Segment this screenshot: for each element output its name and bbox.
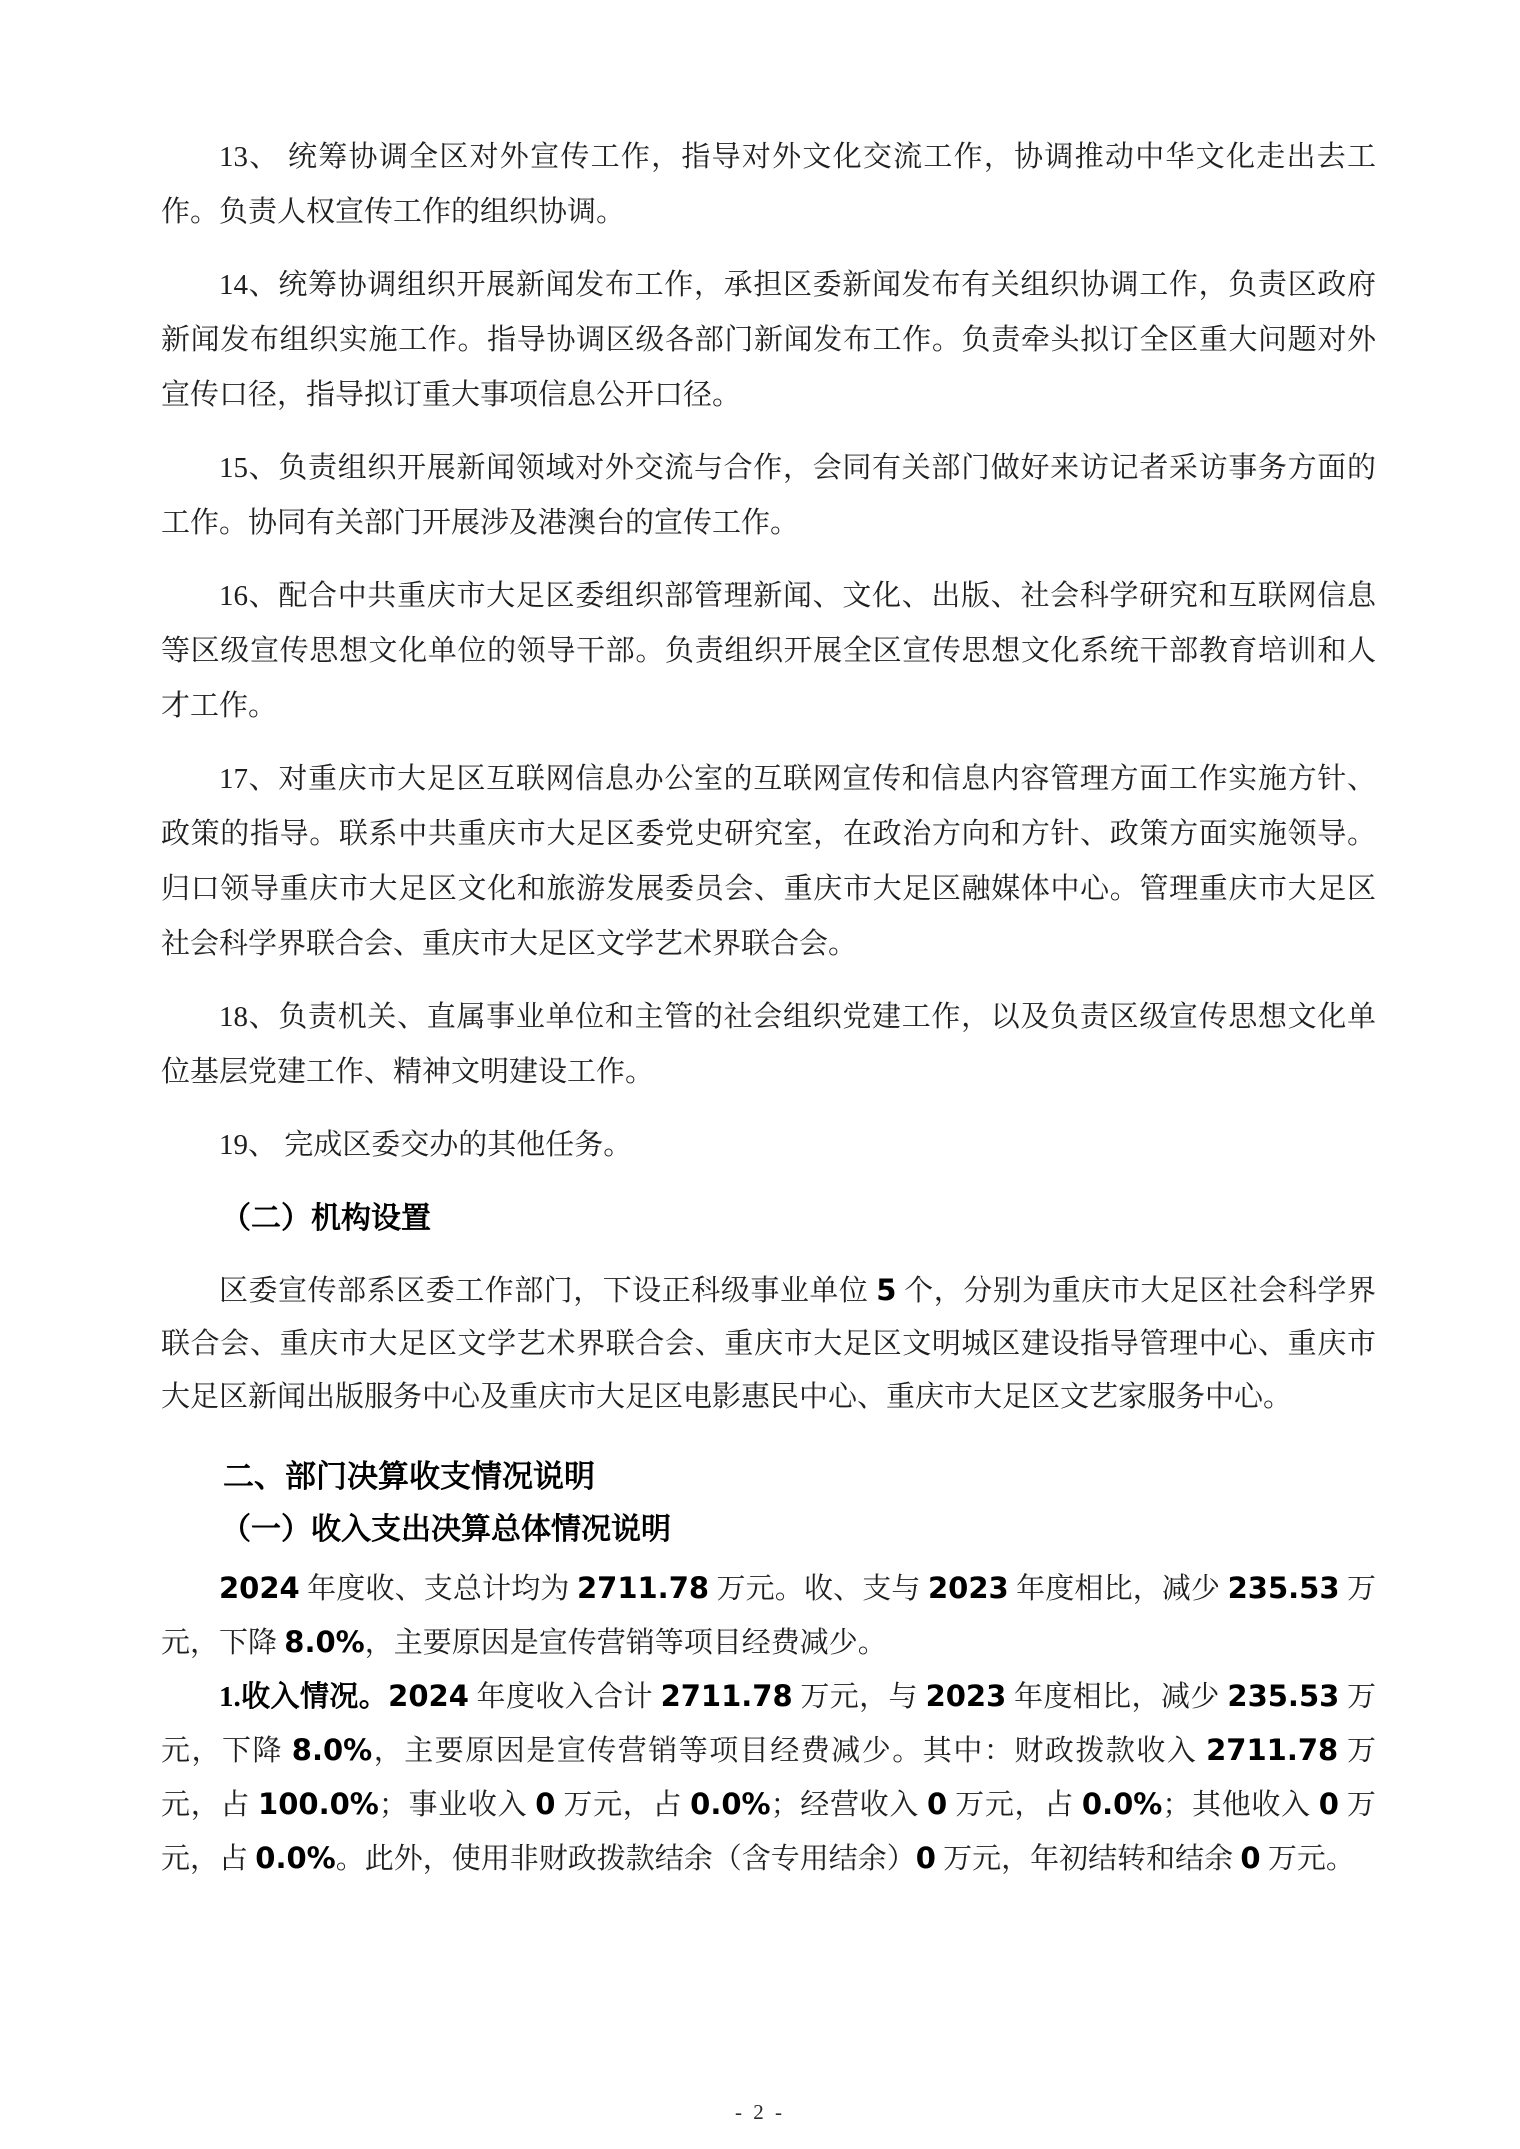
income-detail-paragraph: 1.收入情况。2024 年度收入合计 2711.78 万元，与 2023 年度相… xyxy=(161,1670,1376,1886)
section-2-heading: 二、部门决算收支情况说明 xyxy=(161,1450,1376,1503)
section-2-1-heading: （一）收入支出决算总体情况说明 xyxy=(161,1503,1376,1556)
document-page: { "page": { "footer_page_number": "- 2 -… xyxy=(0,0,1520,2149)
duty-paragraph-13: 13、 统筹协调全区对外宣传工作，指导对外文化交流工作，协调推动中华文化走出去工… xyxy=(161,130,1376,240)
budget-summary-paragraph: 2024 年度收、支总计均为 2711.78 万元。收、支与 2023 年度相比… xyxy=(161,1562,1376,1670)
duty-paragraph-18: 18、负责机关、直属事业单位和主管的社会组织党建工作，以及负责区级宣传思想文化单… xyxy=(161,990,1376,1100)
duty-paragraph-19: 19、 完成区委交办的其他任务。 xyxy=(161,1118,1376,1173)
duty-paragraph-17: 17、对重庆市大足区互联网信息办公室的互联网宣传和信息内容管理方面工作实施方针、… xyxy=(161,752,1376,972)
org-setup-paragraph: 区委宣传部系区委工作部门，下设正科级事业单位 5 个，分别为重庆市大足区社会科学… xyxy=(161,1264,1376,1424)
duty-paragraph-15: 15、负责组织开展新闻领域对外交流与合作，会同有关部门做好来访记者采访事务方面的… xyxy=(161,441,1376,551)
page-number: - 2 - xyxy=(0,2098,1520,2126)
duty-paragraph-14: 14、统筹协调组织开展新闻发布工作，承担区委新闻发布有关组织协调工作，负责区政府… xyxy=(161,258,1376,423)
duty-paragraph-16: 16、配合中共重庆市大足区委组织部管理新闻、文化、出版、社会科学研究和互联网信息… xyxy=(161,569,1376,734)
org-setup-heading: （二）机构设置 xyxy=(161,1191,1376,1246)
document-body: 13、 统筹协调全区对外宣传工作，指导对外文化交流工作，协调推动中华文化走出去工… xyxy=(161,130,1376,1886)
